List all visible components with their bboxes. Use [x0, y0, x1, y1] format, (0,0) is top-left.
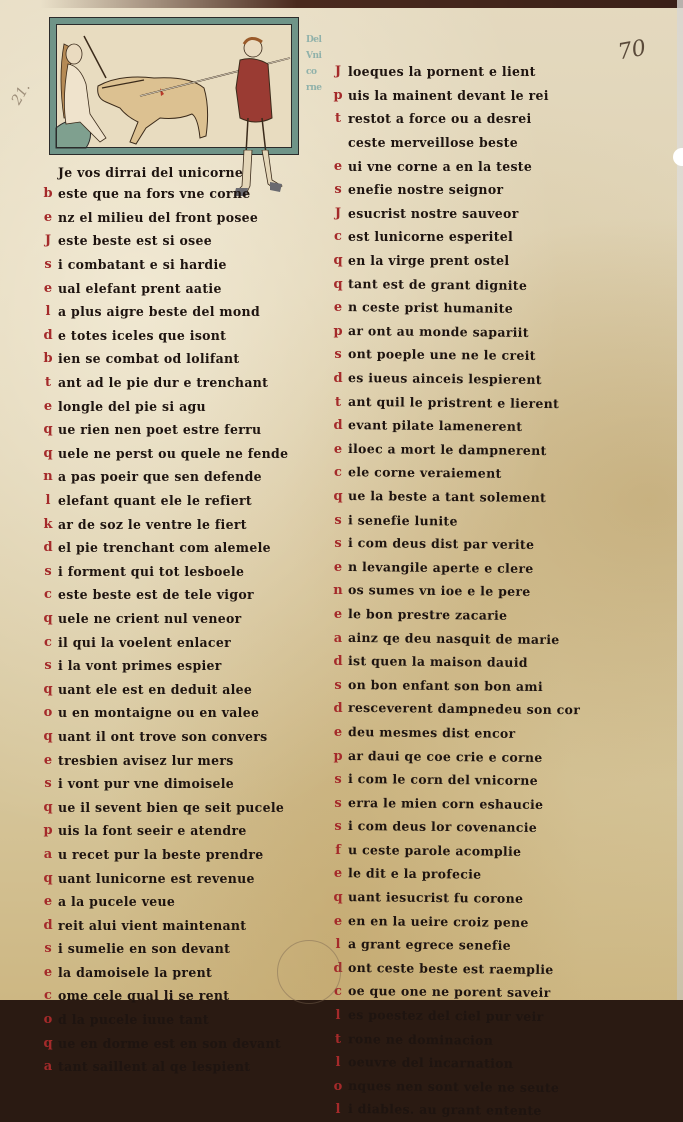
verse-text: ant quil le pristrent e lierent: [348, 394, 559, 411]
verse-text: uant lunicorne est revenue: [58, 870, 255, 886]
verse-text: ont poeple une ne le creit: [348, 346, 536, 363]
rubric-initial: e: [38, 965, 58, 980]
rubric-initial: d: [328, 701, 348, 716]
rubric-initial: t: [38, 375, 58, 390]
text-line: si vont pur vne dimoisele: [38, 772, 308, 796]
rubric-initial: q: [38, 682, 58, 697]
verse-text: e totes iceles que isont: [58, 327, 226, 343]
verse-text: oe que one ne porent saveir: [348, 983, 551, 1000]
rubric-initial: e: [328, 560, 348, 575]
rubric-initial: c: [38, 988, 58, 1000]
rubric-initial: e: [328, 607, 348, 622]
verse-text: u ceste parole acomplie: [348, 842, 521, 859]
text-line: en levangile aperte e clere: [328, 555, 578, 579]
verse-text: resceverent dampnedeu son cor: [348, 700, 580, 717]
verse-text: erra le mien corn eshaucie: [348, 795, 544, 812]
text-line: cest lunicorne esperitel: [328, 225, 578, 249]
rubric-initial: s: [328, 513, 348, 528]
verse-text: ome cele qual li se rent: [58, 988, 229, 1000]
verse-text: n ceste prist humanite: [348, 299, 513, 316]
verse-text: i combatant e si hardie: [58, 257, 227, 273]
verse-text: ceste merveillose beste: [348, 135, 518, 151]
text-line: si com le corn del vnicorne: [328, 768, 578, 792]
verse-text: ont ceste beste est raemplie: [348, 960, 554, 977]
verse-text: ar daui qe coe crie e corne: [348, 747, 543, 764]
rubric-initial: s: [38, 564, 58, 579]
manuscript-page: 70 21.: [0, 0, 683, 1000]
verse-text: il qui la voelent enlacer: [58, 634, 231, 650]
miniature-caption: Del Vni co rne: [306, 32, 328, 96]
rubric-initial: e: [38, 210, 58, 225]
rubric-initial: d: [328, 418, 348, 433]
rubric-initial: t: [328, 395, 348, 410]
rubric-initial: c: [328, 465, 348, 480]
text-line: Je vos dirrai del unicorne: [38, 162, 308, 182]
verse-text: i senefie lunite: [348, 512, 458, 528]
verse-text: ue rien nen poet estre ferru: [58, 422, 261, 438]
library-stamp: [277, 940, 341, 1000]
verse-text: u recet pur la beste prendre: [58, 847, 264, 863]
verse-text: u en montaigne ou en valee: [58, 705, 259, 721]
right-text-column: Jloeques la pornent e lientpuis la maine…: [328, 60, 578, 1000]
rubric-initial: q: [38, 446, 58, 461]
text-line: come cele qual li se rent: [38, 984, 308, 1000]
rubric-initial: s: [38, 257, 58, 272]
verse-text: ist quen la maison dauid: [348, 653, 528, 670]
rubric-initial: q: [38, 611, 58, 626]
text-line: senefie nostre seignor: [328, 178, 578, 202]
rubric-initial: e: [328, 300, 348, 315]
verse-text: ue la beste a tant solement: [348, 488, 546, 505]
text-line: eual elefant prent aatie: [38, 276, 308, 300]
text-line: quant lunicorne est revenue: [38, 866, 308, 890]
verse-text: ar ont au monde sapariit: [348, 323, 529, 340]
rubric-initial: e: [38, 894, 58, 909]
rubric-initial: k: [38, 517, 58, 532]
verse-text: uant iesucrist fu corone: [348, 889, 523, 906]
rubric-initial: e: [328, 442, 348, 457]
text-line: ele dit e la profecie: [328, 862, 578, 886]
text-line: au recet pur la beste prendre: [38, 843, 308, 867]
rubric-initial: t: [328, 111, 348, 126]
text-line: quant iesucrist fu corone: [328, 886, 578, 910]
rubric-initial: e: [328, 914, 348, 929]
text-line: cele corne veraiement: [328, 461, 578, 485]
rubric-initial: s: [328, 819, 348, 834]
text-line: na pas poeir que sen defende: [38, 465, 308, 489]
text-line: del pie trenchant com alemele: [38, 536, 308, 560]
verse-text: iloec a mort le dampnerent: [348, 441, 547, 458]
verse-text: este que na fors vne corne: [58, 186, 250, 202]
rubric-initial: p: [328, 324, 348, 339]
verse-text: le dit e la profecie: [348, 866, 482, 882]
text-line: dreit alui vient maintenant: [38, 913, 308, 937]
rubric-initial: q: [38, 729, 58, 744]
text-line: de totes iceles que isont: [38, 324, 308, 348]
page-notch: [673, 148, 683, 166]
text-line: lelefant quant ele le refiert: [38, 489, 308, 513]
verse-text: i vont pur vne dimoisele: [58, 776, 234, 792]
rubric-initial: d: [328, 371, 348, 386]
verse-text: le bon prestre zacarie: [348, 606, 508, 623]
folio-number: 70: [616, 36, 648, 65]
text-line: tant quil le pristrent e lierent: [328, 390, 578, 414]
rubric-initial: o: [38, 705, 58, 720]
text-line: la grant egrece senefie: [328, 933, 578, 957]
rubric-initial: J: [328, 206, 348, 221]
rubric-initial: q: [328, 277, 348, 292]
text-line: ceste merveillose beste: [328, 131, 578, 155]
verse-text: este beste est si osee: [58, 233, 212, 249]
verse-text: a la pucele veue: [58, 894, 175, 910]
rubric-initial: s: [328, 772, 348, 787]
rubric-initial: q: [328, 890, 348, 905]
text-line: nos sumes vn ioe e le pere: [328, 579, 578, 603]
text-line: elongle del pie si agu: [38, 394, 308, 418]
rubric-initial: e: [328, 866, 348, 881]
text-line: eiloec a mort le dampnerent: [328, 438, 578, 462]
verse-text: ant ad le pie dur e trenchant: [58, 375, 268, 391]
verse-text: reit alui vient maintenant: [58, 917, 246, 933]
rubric-initial: d: [38, 918, 58, 933]
rubric-initial: s: [328, 536, 348, 551]
verse-text: i com deus dist par verite: [348, 535, 534, 552]
rubric-initial: a: [328, 631, 348, 646]
verse-text: on bon enfant son bon ami: [348, 677, 543, 694]
text-line: si com deus dist par verite: [328, 532, 578, 556]
verse-text: n levangile aperte e clere: [348, 559, 534, 576]
rubric-initial: s: [38, 941, 58, 956]
text-line: kar de soz le ventre le fiert: [38, 512, 308, 536]
text-line: beste que na fors vne corne: [38, 182, 308, 206]
verse-text: en en la ueire croiz pene: [348, 913, 529, 930]
rubric-initial: c: [38, 635, 58, 650]
rubric-initial: l: [38, 304, 58, 319]
rubric-initial: l: [38, 493, 58, 508]
rubric-initial: s: [328, 347, 348, 362]
text-line: tant ad le pie dur e trenchant: [38, 371, 308, 395]
verse-text: la damoisele la prent: [58, 965, 212, 981]
text-line: quele ne perst ou quele ne fende: [38, 442, 308, 466]
text-line: eui vne corne a en la teste: [328, 154, 578, 178]
text-line: trestot a force ou a desrei: [328, 107, 578, 131]
left-text-column: Je vos dirrai del unicornebeste que na f…: [38, 162, 308, 1000]
verse-text: deu mesmes dist encor: [348, 724, 516, 741]
verse-text: i forment qui tot lesboele: [58, 563, 244, 579]
verse-text: est lunicorne esperitel: [348, 229, 513, 245]
verse-text: es iueus ainceis lespierent: [348, 370, 542, 387]
text-line: Jesucrist nostre sauveor: [328, 202, 578, 226]
text-line: Jeste beste est si osee: [38, 229, 308, 253]
rubric-initial: e: [328, 159, 348, 174]
verse-text: ue il sevent bien qe seit pucele: [58, 799, 284, 815]
rubric-initial: d: [38, 328, 58, 343]
verse-text: restot a force ou a desrei: [348, 111, 532, 127]
verse-text: uant il ont trove son convers: [58, 729, 267, 745]
verse-text: esucrist nostre sauveor: [348, 205, 519, 221]
verse-text: i sumelie en son devant: [58, 941, 230, 957]
text-line: que la beste a tant solement: [328, 485, 578, 509]
text-line: quant ele est en deduit alee: [38, 677, 308, 701]
verse-text: ui vne corne a en la teste: [348, 158, 532, 174]
text-line: en ceste prist humanite: [328, 296, 578, 320]
verse-text: este beste est de tele vigor: [58, 587, 254, 603]
text-line: qen la virge prent ostel: [328, 249, 578, 273]
miniature-frame: [56, 24, 292, 148]
text-line: dresceverent dampnedeu son cor: [328, 697, 578, 721]
rubric-initial: a: [38, 847, 58, 862]
text-line: par ont au monde sapariit: [328, 320, 578, 344]
text-line: Jloeques la pornent e lient: [328, 60, 578, 84]
text-line: bien se combat od lolifant: [38, 347, 308, 371]
text-line: dont ceste beste est raemplie: [328, 957, 578, 981]
rubric-initial: p: [38, 823, 58, 838]
rubric-initial: d: [38, 540, 58, 555]
text-line: ceste beste est de tele vigor: [38, 583, 308, 607]
verse-text: os sumes vn ioe e le pere: [348, 582, 531, 599]
text-line: serra le mien corn eshaucie: [328, 791, 578, 815]
rubric-initial: c: [328, 229, 348, 244]
verse-text: longle del pie si agu: [58, 398, 206, 414]
verse-text: ual elefant prent aatie: [58, 280, 222, 296]
text-line: quant il ont trove son convers: [38, 725, 308, 749]
text-line: ea la pucele veue: [38, 890, 308, 914]
text-line: son bon enfant son bon ami: [328, 673, 578, 697]
rubric-initial: e: [38, 399, 58, 414]
text-line: qtant est de grant dignite: [328, 272, 578, 296]
verse-text: tant est de grant dignite: [348, 276, 527, 293]
rubric-initial: J: [328, 64, 348, 79]
rubric-initial: s: [38, 776, 58, 791]
text-line: quele ne crient nul venеor: [38, 607, 308, 631]
text-line: aainz qe deu nasquit de marie: [328, 626, 578, 650]
rubric-initial: q: [38, 871, 58, 886]
verse-text: i la vont primes espier: [58, 658, 222, 674]
text-line: edeu mesmes dist encor: [328, 721, 578, 745]
rubric-initial: f: [328, 843, 348, 858]
text-line: ou en montaigne ou en valee: [38, 701, 308, 725]
rubric-initial: q: [38, 422, 58, 437]
rubric-initial: s: [38, 658, 58, 673]
rubric-initial: n: [38, 469, 58, 484]
verse-text: uele ne crient nul venеor: [58, 611, 242, 627]
text-line: sont poeple une ne le creit: [328, 343, 578, 367]
rubric-initial: q: [328, 489, 348, 504]
text-line: devant pilate lamenerent: [328, 414, 578, 438]
verse-text: loeques la pornent e lient: [348, 64, 536, 80]
rubric-initial: p: [328, 749, 348, 764]
rubric-initial: c: [38, 587, 58, 602]
rubric-initial: s: [328, 182, 348, 197]
verse-text: elefant quant ele le refiert: [58, 493, 252, 509]
verse-text: ien se combat od lolifant: [58, 351, 239, 367]
rubric-initial: b: [38, 186, 58, 201]
verse-text: a grant egrece senefie: [348, 936, 511, 953]
verse-text: uele ne perst ou quele ne fende: [58, 445, 288, 461]
rubric-initial: s: [328, 678, 348, 693]
text-line: ele bon prestre zacarie: [328, 603, 578, 627]
verse-text: uant ele est en deduit alee: [58, 681, 252, 697]
text-line: si combatant e si hardie: [38, 253, 308, 277]
margin-note: 21.: [9, 80, 34, 107]
verse-text: evant pilate lamenerent: [348, 417, 522, 434]
text-line: si sumelie en son devant: [38, 937, 308, 961]
rubric-initial: q: [38, 800, 58, 815]
text-line: ela damoisele la prent: [38, 961, 308, 985]
rubric-initial: q: [328, 253, 348, 268]
verse-text: Je vos dirrai del unicorne: [58, 164, 243, 180]
verse-text: enefie nostre seignor: [348, 182, 503, 198]
verse-text: i com deus lor covenancie: [348, 818, 537, 835]
text-line: que il sevent bien qe seit pucele: [38, 795, 308, 819]
text-line: puis la mainent devant le rei: [328, 84, 578, 108]
text-line: des iueus ainceis lespierent: [328, 367, 578, 391]
text-line: que rien nen poet estre ferru: [38, 418, 308, 442]
verse-text: en la virge prent ostel: [348, 253, 509, 269]
rubric-initial: e: [38, 753, 58, 768]
text-line: puis la font seeir e atendre: [38, 819, 308, 843]
rubric-initial: p: [328, 88, 348, 103]
rubric-initial: J: [38, 233, 58, 248]
verse-text: i com le corn del vnicorne: [348, 771, 538, 788]
verse-text: ele corne veraiement: [348, 465, 502, 482]
text-line: si senefie lunite: [328, 508, 578, 532]
text-line: dist quen la maison dauid: [328, 650, 578, 674]
text-line: coe que one ne porent saveir: [328, 980, 578, 1000]
text-line: si com deus lor covenancie: [328, 815, 578, 839]
text-line: si forment qui tot lesboele: [38, 560, 308, 584]
verse-text: a pas poeir que sen defende: [58, 469, 262, 485]
verse-text: tresbien avisez lur mers: [58, 752, 234, 768]
rubric-initial: s: [328, 796, 348, 811]
verse-text: ar de soz le ventre le fiert: [58, 516, 247, 532]
rubric-initial: d: [328, 654, 348, 669]
text-line: par daui qe coe crie e corne: [328, 744, 578, 768]
rubric-initial: b: [38, 351, 58, 366]
verse-text: uis la font seeir e atendre: [58, 823, 247, 839]
rubric-initial: e: [328, 725, 348, 740]
binding-edge: [40, 0, 683, 8]
verse-text: el pie trenchant com alemele: [58, 540, 271, 556]
text-line: si la vont primes espier: [38, 654, 308, 678]
verse-text: uis la mainent devant le rei: [348, 88, 549, 104]
rubric-initial: e: [38, 281, 58, 296]
verse-text: a plus aigre beste del mond: [58, 304, 260, 320]
text-line: fu ceste parole acomplie: [328, 839, 578, 863]
text-line: een en la ueire croiz pene: [328, 909, 578, 933]
text-line: enz el milieu del front posee: [38, 206, 308, 230]
rubric-initial: n: [328, 583, 348, 598]
verse-text: nz el milieu del front posee: [58, 210, 258, 226]
text-line: etresbien avisez lur mers: [38, 748, 308, 772]
text-line: cil qui la voelent enlacer: [38, 630, 308, 654]
verse-text: ainz qe deu nasquit de marie: [348, 629, 560, 646]
miniature-illustration: [50, 18, 298, 154]
text-line: la plus aigre beste del mond: [38, 300, 308, 324]
